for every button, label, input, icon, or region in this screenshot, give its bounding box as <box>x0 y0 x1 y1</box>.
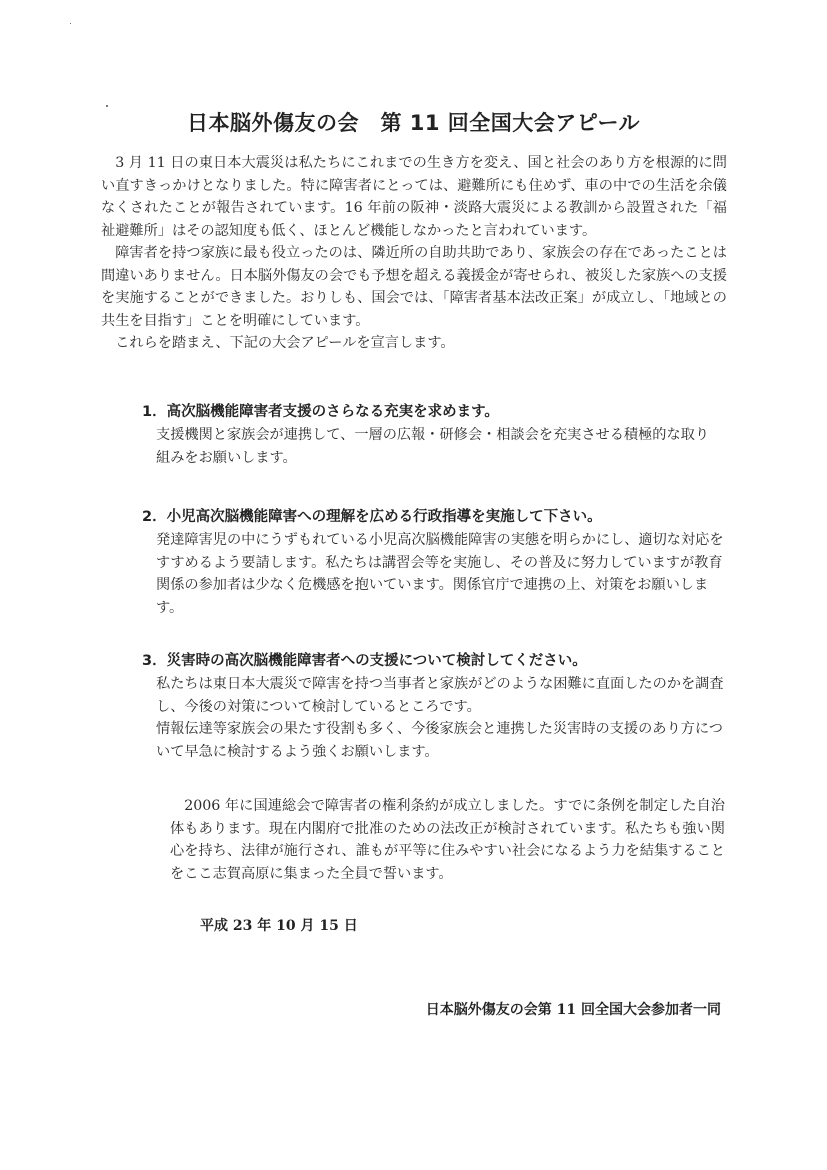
appeal-body: 支援機関と家族会が連携して、一層の広報・研修会・相談会を充実させる積極的な取り組… <box>156 424 711 469</box>
appeal-body: 発達障害児の中にうずもれている小児高次脳機能障害の実態を明らかにし、適切な対応を… <box>156 529 727 619</box>
appeal-text: 情報伝達等家族会の果たす役割も多く、今後家族会と連携した災害時の支援のあり方につ… <box>156 718 727 763</box>
appeal-text: 私たちは東日本大震災で障害を持つ当事者と家族がどのような困難に直面したのかを調査… <box>156 673 727 718</box>
appeal-text: 支援機関と家族会が連携して、一層の広報・研修会・相談会を充実させる積極的な取り組… <box>156 424 711 469</box>
intro-paragraph-2: 障害者を持つ家族に最も役立ったのは、隣近所の自助共助であり、家族会の存在であった… <box>101 242 727 332</box>
appeal-heading: 3．災害時の高次脳機能障害者への支援について検討してください。 <box>142 650 727 672</box>
closing-paragraph: 2006 年に国連総会で障害者の権利条約が成立しました。すでに条例を制定した自治… <box>170 795 725 885</box>
appeal-heading: 2．小児高次脳機能障害への理解を広める行政指導を実施して下さい。 <box>142 506 727 528</box>
appeal-text: 発達障害児の中にうずもれている小児高次脳機能障害の実態を明らかにし、適切な対応を… <box>156 529 727 619</box>
appeal-item-3: 3．災害時の高次脳機能障害者への支援について検討してください。 私たちは東日本大… <box>142 650 727 763</box>
signature: 日本脳外傷友の会第 11 回全国大会参加者一同 <box>426 999 721 1019</box>
intro-paragraph-1: 3 月 11 日の東日本大震災は私たちにこれまでの生き方を変え、国と社会のあり方… <box>101 152 727 242</box>
scan-speck <box>70 23 71 24</box>
appeal-item-2: 2．小児高次脳機能障害への理解を広める行政指導を実施して下さい。 発達障害児の中… <box>142 506 727 619</box>
intro-section: 3 月 11 日の東日本大震災は私たちにこれまでの生き方を変え、国と社会のあり方… <box>101 152 727 355</box>
document-title: 日本脳外傷友の会 第 11 回全国大会アピール <box>0 107 827 137</box>
appeal-heading: 1．高次脳機能障害者支援のさらなる充実を求めます。 <box>142 401 727 423</box>
closing-section: 2006 年に国連総会で障害者の権利条約が成立しました。すでに条例を制定した自治… <box>170 795 725 885</box>
appeal-body: 私たちは東日本大震災で障害を持つ当事者と家族がどのような困難に直面したのかを調査… <box>156 673 727 763</box>
document-date: 平成 23 年 10 月 15 日 <box>200 915 358 935</box>
appeal-item-1: 1．高次脳機能障害者支援のさらなる充実を求めます。 支援機関と家族会が連携して、… <box>142 401 727 469</box>
intro-paragraph-3: これらを踏まえ、下記の大会アピールを宣言します。 <box>101 332 727 355</box>
